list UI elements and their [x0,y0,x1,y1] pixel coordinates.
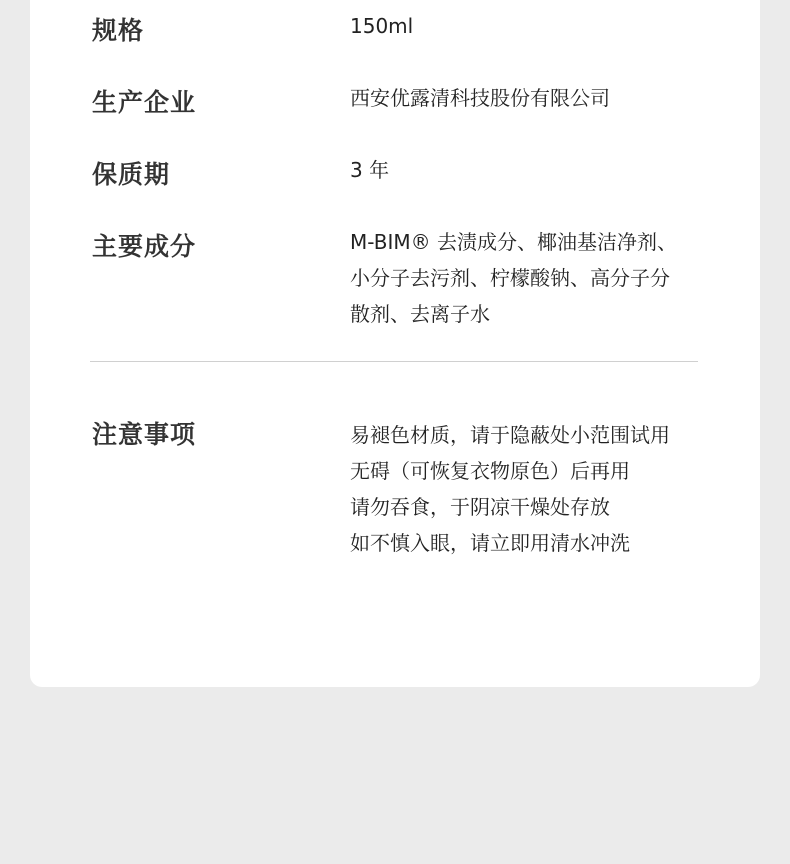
notes-line: 请勿吞食，于阴凉干燥处存放 [350,489,610,525]
spec-label: 主要成分 [92,227,196,263]
spec-label: 保质期 [92,155,170,191]
spec-value-line: 散剂、去离子水 [350,296,490,332]
notes-line: 易褪色材质，请于隐蔽处小范围试用 [350,417,670,453]
spec-value-line: M-BIM® 去渍成分、椰油基洁净剂、 [350,224,677,260]
spec-label: 生产企业 [92,83,196,119]
product-info-card: 规格 150ml 生产企业 西安优露清科技股份有限公司 保质期 3 年 主要成分… [30,0,760,687]
section-divider [90,361,698,362]
notes-label: 注意事项 [92,415,196,451]
notes-line: 无碍（可恢复衣物原色）后再用 [350,453,630,489]
spec-label: 规格 [92,11,144,47]
spec-value: 150ml [350,8,413,44]
spec-value: 西安优露清科技股份有限公司 [350,80,610,116]
spec-value: 3 年 [350,152,389,188]
notes-line: 如不慎入眼，请立即用清水冲洗 [350,525,630,561]
spec-value-line: 小分子去污剂、柠檬酸钠、高分子分 [350,260,670,296]
